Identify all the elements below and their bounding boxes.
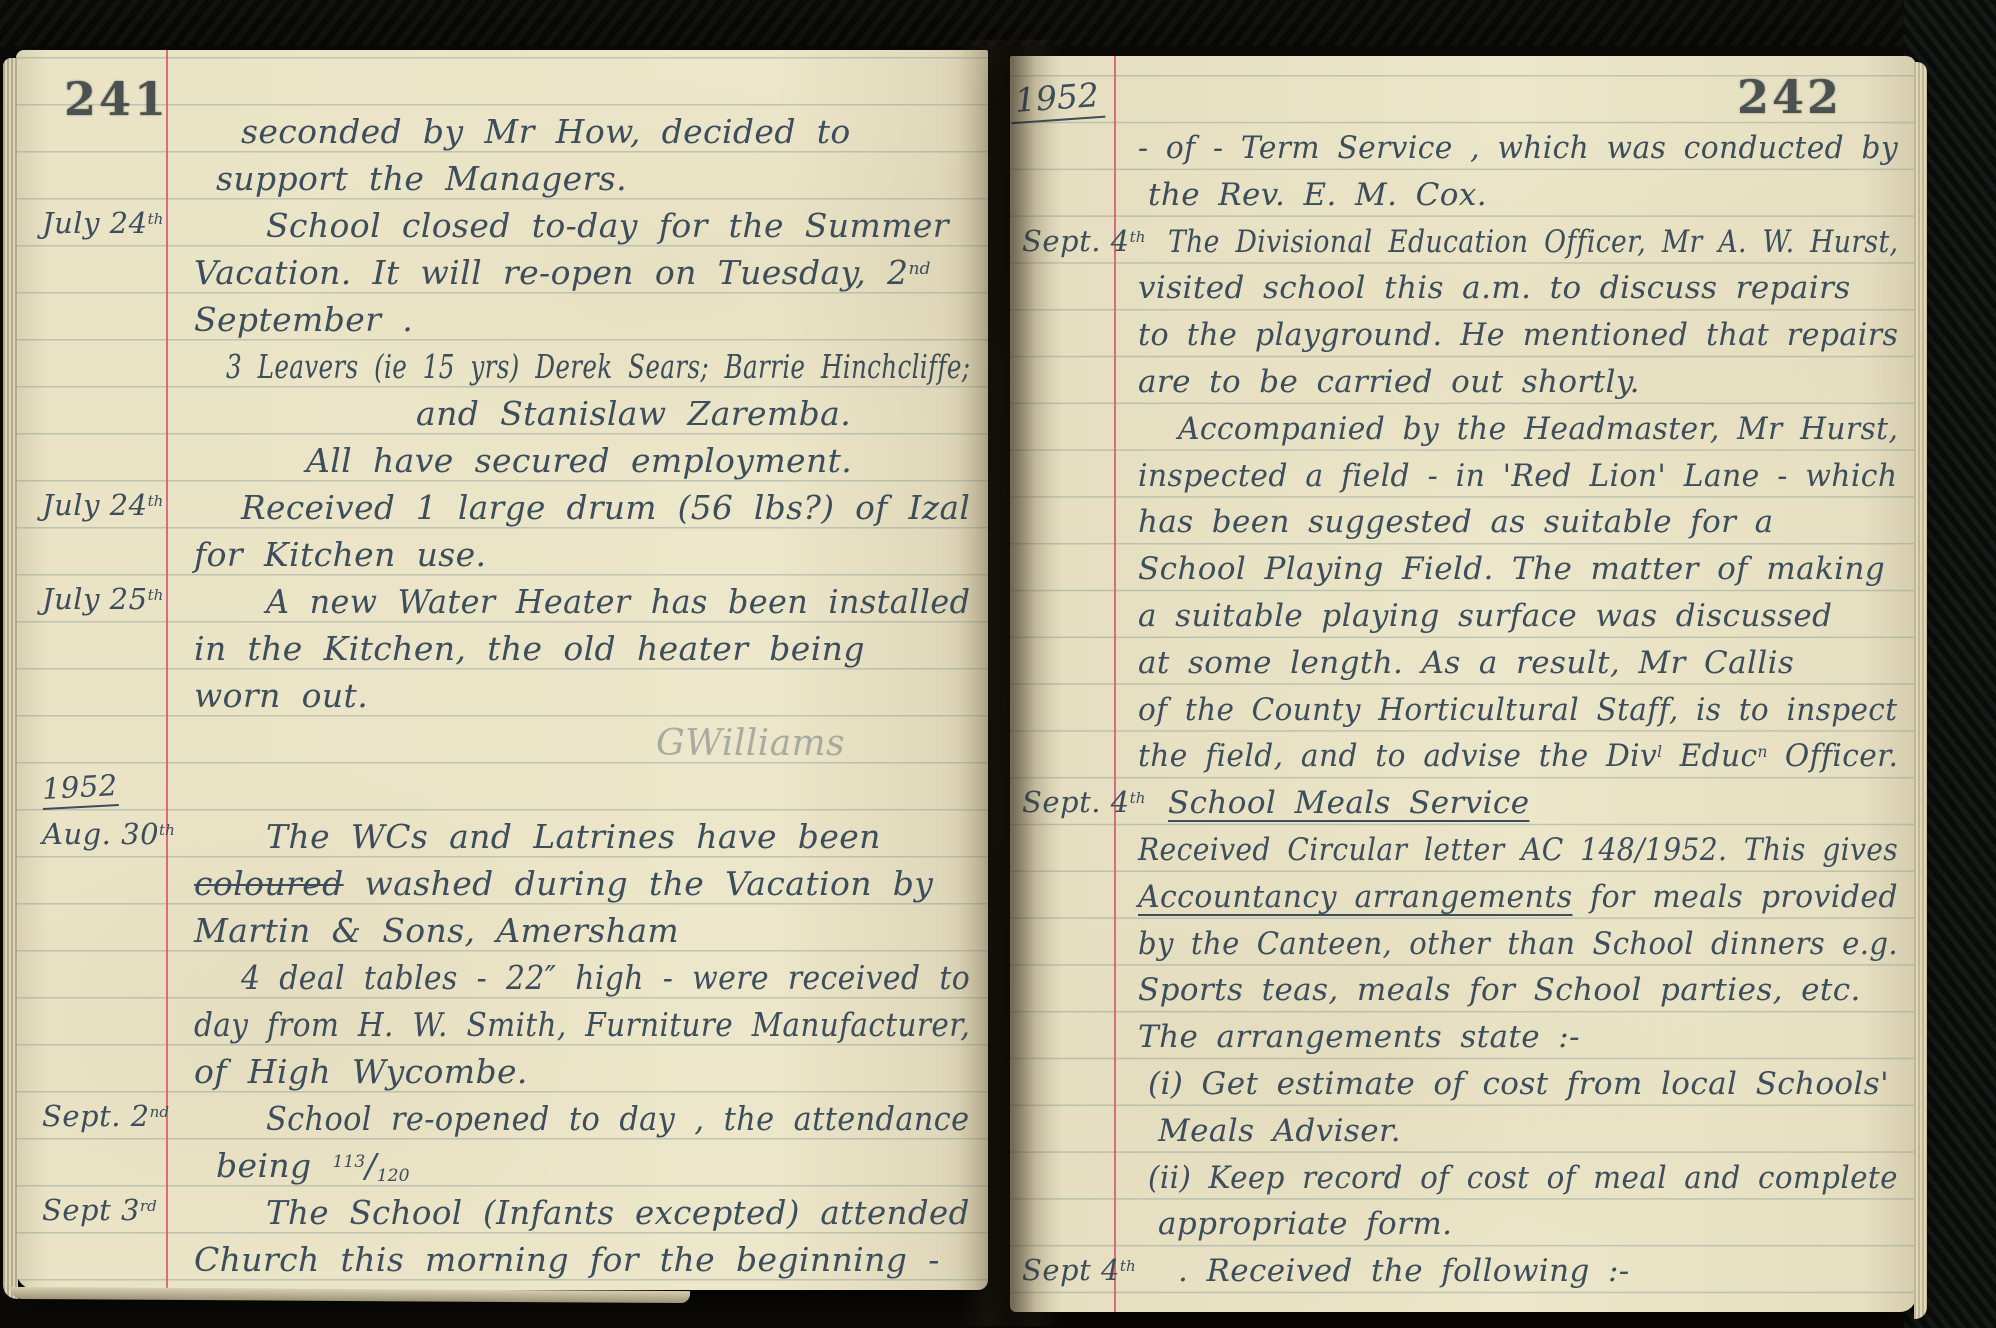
left-page: 241 seconded by Mr How, decided tosuppor… xyxy=(16,50,988,1290)
entry-text: coloured washed during the Vacation by xyxy=(194,864,933,903)
page-number-stamp: 242 xyxy=(1737,70,1842,124)
log-row: at some length. As a result, Mr Callis xyxy=(1010,645,1916,692)
entry-text: School Meals Service xyxy=(1168,785,1529,821)
log-row: Aug. 30thThe WCs and Latrines have been xyxy=(16,817,988,864)
right-page: 242 1952 - of - Term Service , which was… xyxy=(1010,56,1916,1312)
log-row: Sept. 4thThe Divisional Education Office… xyxy=(1010,224,1916,271)
entry-text: worn out. xyxy=(194,676,368,715)
log-row: Vacation. It will re-open on Tuesday, 2n… xyxy=(16,253,988,300)
entry-date: July 24th xyxy=(42,488,163,522)
log-row: inspected a field - in 'Red Lion' Lane -… xyxy=(1010,458,1916,505)
entry-text: being 113/120 xyxy=(216,1146,410,1185)
entry-date: Sept. 4th xyxy=(1022,224,1145,258)
log-row: (ii) Keep record of cost of meal and com… xyxy=(1010,1160,1916,1207)
log-row: Sept. 4thSchool Meals Service xyxy=(1010,785,1916,832)
log-row: Meals Adviser. xyxy=(1010,1113,1916,1160)
entry-text: 3 Leavers (ie 15 yrs) Derek Sears; Barri… xyxy=(226,347,970,386)
entry-text: and Stanislaw Zaremba. xyxy=(416,394,851,433)
log-row: Sept. 2ndSchool re-opened to day , the a… xyxy=(16,1099,988,1146)
entry-text: A new Water Heater has been installed xyxy=(266,582,970,621)
entry-text: School re-opened to day , the attendance xyxy=(266,1099,969,1138)
log-row: coloured washed during the Vacation by xyxy=(16,864,988,911)
entry-text: of the County Horticultural Staff, is to… xyxy=(1138,692,1897,728)
log-row: by the Canteen, other than School dinner… xyxy=(1010,926,1916,973)
log-row: seconded by Mr How, decided to xyxy=(16,112,988,159)
log-row: day from H. W. Smith, Furniture Manufact… xyxy=(16,1005,988,1052)
entry-text: are to be carried out shortly. xyxy=(1138,364,1640,400)
log-row: visited school this a.m. to discuss repa… xyxy=(1010,270,1916,317)
log-row: appropriate form. xyxy=(1010,1206,1916,1253)
log-row: Accountancy arrangements for meals provi… xyxy=(1010,879,1916,926)
entry-text: of High Wycombe. xyxy=(194,1052,528,1091)
log-row: the field, and to advise the Divl Educn … xyxy=(1010,738,1916,785)
entry-text: the field, and to advise the Divl Educn … xyxy=(1138,738,1898,774)
log-row: Received Circular letter AC 148/1952. Th… xyxy=(1010,832,1916,879)
entry-text: Martin & Sons, Amersham xyxy=(194,911,679,950)
log-row: of High Wycombe. xyxy=(16,1052,988,1099)
entry-text: 4 deal tables - 22″ high - were received… xyxy=(241,958,970,997)
log-row: The arrangements state :- xyxy=(1010,1019,1916,1066)
log-row: being 113/120 xyxy=(16,1146,988,1193)
entry-text: The School (Infants excepted) attended xyxy=(266,1193,970,1232)
entry-text: Accompanied by the Headmaster, Mr Hurst, xyxy=(1178,411,1898,447)
entry-text: day from H. W. Smith, Furniture Manufact… xyxy=(194,1005,970,1044)
entry-text: (i) Get estimate of cost from local Scho… xyxy=(1148,1066,1889,1102)
entry-text: for Kitchen use. xyxy=(194,535,486,574)
entry-text: Church this morning for the beginning - xyxy=(194,1240,940,1279)
entry-date: July 25th xyxy=(42,582,163,616)
log-row: worn out. xyxy=(16,676,988,723)
entry-text: seconded by Mr How, decided to xyxy=(241,112,851,151)
entry-text: a suitable playing surface was discussed xyxy=(1138,598,1832,634)
log-row: support the Managers. xyxy=(16,159,988,206)
log-row: and Stanislaw Zaremba. xyxy=(16,394,988,441)
log-row: July 25thA new Water Heater has been ins… xyxy=(16,582,988,629)
log-row: September . xyxy=(16,300,988,347)
entry-text: appropriate form. xyxy=(1158,1206,1452,1242)
entry-text: the Rev. E. M. Cox. xyxy=(1148,177,1487,213)
log-row: (i) Get estimate of cost from local Scho… xyxy=(1010,1066,1916,1113)
entry-date: Sept 3rd xyxy=(42,1193,157,1227)
entry-text: Received Circular letter AC 148/1952. Th… xyxy=(1138,832,1898,868)
signature: GWilliams xyxy=(656,723,845,764)
log-row: 1952 xyxy=(16,770,988,817)
left-page-paper: 241 seconded by Mr How, decided tosuppor… xyxy=(16,50,988,1290)
entry-date: Sept 4th xyxy=(1022,1253,1136,1287)
entry-text: The WCs and Latrines have been xyxy=(266,817,881,856)
log-row: 3 Leavers (ie 15 yrs) Derek Sears; Barri… xyxy=(16,347,988,394)
log-row: to the playground. He mentioned that rep… xyxy=(1010,317,1916,364)
log-row: Sports teas, meals for School parties, e… xyxy=(1010,972,1916,1019)
log-row: GWilliams xyxy=(16,723,988,770)
entry-text: at some length. As a result, Mr Callis xyxy=(1138,645,1794,681)
log-row: of the County Horticultural Staff, is to… xyxy=(1010,692,1916,739)
entry-text: The Divisional Education Officer, Mr A. … xyxy=(1168,224,1898,260)
entry-text: in the Kitchen, the old heater being xyxy=(194,629,865,668)
entry-date: Aug. 30th xyxy=(42,817,175,851)
entry-date: 1952 xyxy=(41,768,119,810)
log-row: Martin & Sons, Amersham xyxy=(16,911,988,958)
entry-text: has been suggested as suitable for a xyxy=(1138,504,1774,540)
entry-text: Sports teas, meals for School parties, e… xyxy=(1138,972,1861,1008)
log-row: - of - Term Service , which was conducte… xyxy=(1010,130,1916,177)
year-header: 1952 xyxy=(1010,75,1105,124)
entry-text: inspected a field - in 'Red Lion' Lane -… xyxy=(1138,458,1898,494)
entry-text: Vacation. It will re-open on Tuesday, 2n… xyxy=(194,253,930,292)
entry-text: All have secured employment. xyxy=(306,441,852,480)
log-row: are to be carried out shortly. xyxy=(1010,364,1916,411)
log-row: Accompanied by the Headmaster, Mr Hurst, xyxy=(1010,411,1916,458)
log-row: for Kitchen use. xyxy=(16,535,988,582)
entry-text: (ii) Keep record of cost of meal and com… xyxy=(1148,1160,1898,1196)
entry-date: Sept. 2nd xyxy=(42,1099,169,1133)
entry-text: The arrangements state :- xyxy=(1138,1019,1580,1055)
entry-text: School Playing Field. The matter of maki… xyxy=(1138,551,1885,587)
log-row: Sept 3rdThe School (Infants excepted) at… xyxy=(16,1193,988,1240)
log-row: the Rev. E. M. Cox. xyxy=(1010,177,1916,224)
entry-text: Received 1 large drum (56 lbs?) of Izal xyxy=(241,488,970,527)
entry-text: September . xyxy=(194,300,413,339)
entry-text: - of - Term Service , which was conducte… xyxy=(1138,130,1898,166)
log-row: School Playing Field. The matter of maki… xyxy=(1010,551,1916,598)
log-row: in the Kitchen, the old heater being xyxy=(16,629,988,676)
log-row: Sept 4th. Received the following :- xyxy=(1010,1253,1916,1300)
log-row: Church this morning for the beginning - xyxy=(16,1240,988,1287)
log-row: a suitable playing surface was discussed xyxy=(1010,598,1916,645)
entry-date: July 24th xyxy=(42,206,163,240)
entry-text: by the Canteen, other than School dinner… xyxy=(1138,926,1898,962)
entry-text: to the playground. He mentioned that rep… xyxy=(1138,317,1898,353)
entry-text: School closed to-day for the Summer xyxy=(266,206,949,245)
right-page-paper: 242 1952 - of - Term Service , which was… xyxy=(1010,56,1916,1312)
log-row: has been suggested as suitable for a xyxy=(1010,504,1916,551)
entry-text: Meals Adviser. xyxy=(1158,1113,1401,1149)
log-row: July 24thReceived 1 large drum (56 lbs?)… xyxy=(16,488,988,535)
entry-text: . Received the following :- xyxy=(1178,1253,1630,1289)
entry-text: visited school this a.m. to discuss repa… xyxy=(1138,270,1851,306)
entry-date: Sept. 4th xyxy=(1022,785,1145,819)
log-row: 4 deal tables - 22″ high - were received… xyxy=(16,958,988,1005)
log-row: All have secured employment. xyxy=(16,441,988,488)
book-cover-top-edge xyxy=(0,0,1996,46)
log-row: July 24thSchool closed to-day for the Su… xyxy=(16,206,988,253)
entry-text: Accountancy arrangements for meals provi… xyxy=(1138,879,1898,915)
entry-text: support the Managers. xyxy=(216,159,627,198)
